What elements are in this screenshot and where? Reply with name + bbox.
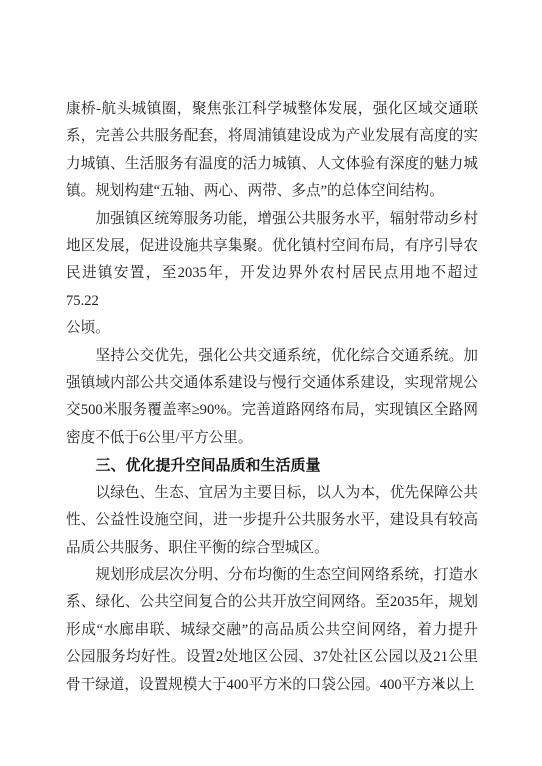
text-line: 系、绿化、公共空间复合的公共开放空间网络。至2035年，规划 [66,589,478,616]
text-line: 民进镇安置，至2035年，开发边界外农村居民点用地不超过75.22 [66,260,478,315]
text-line: 强镇域内部公共交通体系建设与慢行交通体系建设，实现常规公 [66,370,478,397]
text-line: 康桥-航头城镇圈，聚焦张江科学城整体发展，强化区域交通联 [66,96,478,123]
paragraph: 康桥-航头城镇圈，聚焦张江科学城整体发展，强化区域交通联系，完善公共服务配套，将… [66,96,478,206]
text-line: 形成“水廊串联、城绿交融”的高品质公共空间网络，着力提升 [66,617,478,644]
paragraph: 规划形成层次分明、分布均衡的生态空间网络系统，打造水系、绿化、公共空间复合的公共… [66,562,478,699]
text-line: 以绿色、生态、宜居为主要目标，以人为本，优先保障公共 [66,480,478,507]
text-line: 密度不低于6公里/平方公里。 [66,425,478,452]
text-line: 三、优化提升空间品质和生活质量 [66,452,478,479]
text-line: 系，完善公共服务配套，将周浦镇建设成为产业发展有高度的实 [66,123,478,150]
text-line: 坚持公交优先，强化公共交通系统，优化综合交通系统。加 [66,343,478,370]
text-line: 地区发展，促进设施共享集聚。优化镇村空间布局，有序引导农 [66,233,478,260]
text-line: 品质公共服务、职住平衡的综合型城区。 [66,535,478,562]
text-line: 镇。规划构建“五轴、两心、两带、多点”的总体空间结构。 [66,178,478,205]
text-line: 公园服务均好性。设置2处地区公园、37处社区公园以及21公里 [66,644,478,671]
paragraph: 坚持公交优先，强化公共交通系统，优化综合交通系统。加强镇域内部公共交通体系建设与… [66,343,478,453]
text-line: 性、公益性设施空间，进一步提升公共服务水平，建设具有较高 [66,507,478,534]
text-line: 力城镇、生活服务有温度的活力城镇、人文体验有深度的魅力城 [66,151,478,178]
section-heading: 三、优化提升空间品质和生活质量 [66,452,478,479]
text-line: 骨干绿道，设置规模大于400平方米的口袋公园。400平方米以上 [66,672,478,699]
text-line: 交500米服务覆盖率≥90%。完善道路网络布局，实现镇区全路网 [66,397,478,424]
text-block: 康桥-航头城镇圈，聚焦张江科学城整体发展，强化区域交通联系，完善公共服务配套，将… [66,96,478,699]
paragraph: 加强镇区统筹服务功能，增强公共服务水平，辐射带动乡村地区发展，促进设施共享集聚。… [66,206,478,343]
text-line: 公顷。 [66,315,478,342]
document-page: 康桥-航头城镇圈，聚焦张江科学城整体发展，强化区域交通联系，完善公共服务配套，将… [0,0,542,766]
paragraph: 以绿色、生态、宜居为主要目标，以人为本，优先保障公共性、公益性设施空间，进一步提… [66,480,478,562]
page-number: - 3 - [426,676,455,692]
text-line: 规划形成层次分明、分布均衡的生态空间网络系统，打造水 [66,562,478,589]
text-line: 加强镇区统筹服务功能，增强公共服务水平，辐射带动乡村 [66,206,478,233]
